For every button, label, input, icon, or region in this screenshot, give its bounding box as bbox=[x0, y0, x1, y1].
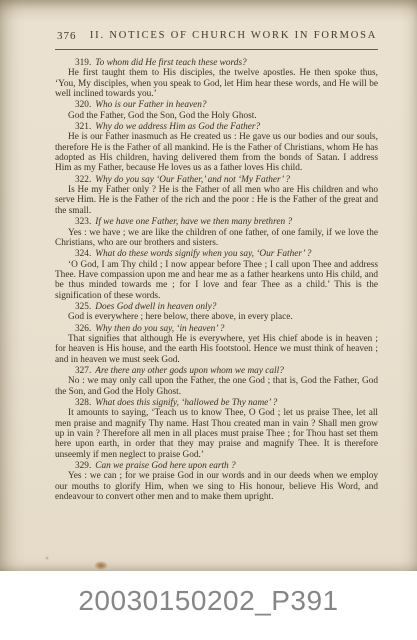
document-id-watermark: 20030150202_P391 bbox=[78, 585, 338, 617]
answer-paragraph: God is everywhere ; here below, there ab… bbox=[55, 312, 378, 322]
question-number: 321. bbox=[75, 122, 91, 132]
question-line: 325.Does God dwell in heaven only? bbox=[55, 302, 378, 312]
question-text: If we have one Father, have we then many… bbox=[95, 217, 292, 227]
answer-paragraph: He is our Father inasmuch as He created … bbox=[55, 132, 378, 173]
qa-item: 329.Can we praise God here upon earth ? … bbox=[55, 461, 378, 502]
question-number: 328. bbox=[75, 398, 91, 408]
answer-paragraph: It amounts to saying, ‘Teach us to know … bbox=[55, 408, 378, 460]
qa-item: 326.Why then do you say, ‘in heaven’ ? T… bbox=[55, 324, 378, 365]
question-number: 323. bbox=[75, 217, 91, 227]
question-line: 321.Why do we address Him as God the Fat… bbox=[55, 122, 378, 132]
running-title: II. NOTICES OF CHURCH WORK IN FORMOSA bbox=[55, 30, 378, 41]
qa-item: 320.Who is our Father in heaven? God the… bbox=[55, 100, 378, 121]
question-number: 326. bbox=[75, 324, 91, 334]
question-number: 327. bbox=[75, 366, 91, 376]
question-text: Can we praise God here upon earth ? bbox=[95, 461, 235, 471]
question-text: Are there any other gods upon whom we ma… bbox=[95, 366, 284, 376]
question-text: Does God dwell in heaven only? bbox=[95, 302, 216, 312]
paper-speck bbox=[45, 556, 49, 560]
question-number: 325. bbox=[75, 302, 91, 312]
qa-item: 319.To whom did He first teach these wor… bbox=[55, 58, 378, 99]
question-number: 319. bbox=[75, 58, 91, 68]
page-number: 376 bbox=[57, 30, 77, 42]
question-text: Who is our Father in heaven? bbox=[95, 100, 206, 110]
question-line: 327.Are there any other gods upon whom w… bbox=[55, 366, 378, 376]
qa-item: 325.Does God dwell in heaven only? God i… bbox=[55, 302, 378, 323]
qa-item: 324.What do these words signify when you… bbox=[55, 249, 378, 301]
question-line: 323.If we have one Father, have we then … bbox=[55, 217, 378, 227]
question-line: 319.To whom did He first teach these wor… bbox=[55, 58, 378, 68]
answer-paragraph: Is He my Father only ? He is the Father … bbox=[55, 185, 378, 216]
qa-item: 327.Are there any other gods upon whom w… bbox=[55, 366, 378, 397]
header-rule bbox=[55, 49, 378, 50]
question-number: 329. bbox=[75, 461, 91, 471]
answer-paragraph: He first taught them to His disciples, t… bbox=[55, 68, 378, 99]
question-number: 322. bbox=[75, 175, 91, 185]
qa-item: 321.Why do we address Him as God the Fat… bbox=[55, 122, 378, 174]
question-text: To whom did He first teach these words? bbox=[95, 58, 246, 68]
question-number: 324. bbox=[75, 249, 91, 259]
question-line: 329.Can we praise God here upon earth ? bbox=[55, 461, 378, 471]
answer-paragraph: Yes : we have ; we are like the children… bbox=[55, 228, 378, 249]
answer-paragraph: God the Father, God the Son, God the Hol… bbox=[55, 111, 378, 121]
scanned-page: 376 II. NOTICES OF CHURCH WORK IN FORMOS… bbox=[0, 0, 417, 571]
scan-viewport: 376 II. NOTICES OF CHURCH WORK IN FORMOS… bbox=[0, 0, 417, 640]
qa-item: 322.Why do you say ‘Our Father,’ and not… bbox=[55, 175, 378, 216]
question-line: 324.What do these words signify when you… bbox=[55, 249, 378, 259]
page-body: 319.To whom did He first teach these wor… bbox=[55, 58, 378, 502]
paper-stain bbox=[94, 561, 108, 570]
question-line: 320.Who is our Father in heaven? bbox=[55, 100, 378, 110]
answer-paragraph: No : we may only call upon the Father, t… bbox=[55, 376, 378, 397]
question-line: 326.Why then do you say, ‘in heaven’ ? bbox=[55, 324, 378, 334]
answer-paragraph: ‘O God, I am Thy child ; I now appear be… bbox=[55, 260, 378, 301]
answer-paragraph: Yes : we can ; for we praise God in our … bbox=[55, 471, 378, 502]
question-line: 322.Why do you say ‘Our Father,’ and not… bbox=[55, 175, 378, 185]
question-number: 320. bbox=[75, 100, 91, 110]
question-text: What does this signify, ‘hallowed be Thy… bbox=[95, 398, 277, 408]
qa-item: 323.If we have one Father, have we then … bbox=[55, 217, 378, 248]
question-text: Why do we address Him as God the Father? bbox=[95, 122, 260, 132]
footer-strip: 20030150202_P391 bbox=[0, 571, 417, 640]
page-header: 376 II. NOTICES OF CHURCH WORK IN FORMOS… bbox=[55, 30, 378, 45]
qa-item: 328.What does this signify, ‘hallowed be… bbox=[55, 398, 378, 460]
answer-paragraph: That signifies that although He is every… bbox=[55, 334, 378, 365]
question-text: What do these words signify when you say… bbox=[95, 249, 311, 259]
question-line: 328.What does this signify, ‘hallowed be… bbox=[55, 398, 378, 408]
question-text: Why then do you say, ‘in heaven’ ? bbox=[95, 324, 224, 334]
question-text: Why do you say ‘Our Father,’ and not ‘My… bbox=[95, 175, 290, 185]
